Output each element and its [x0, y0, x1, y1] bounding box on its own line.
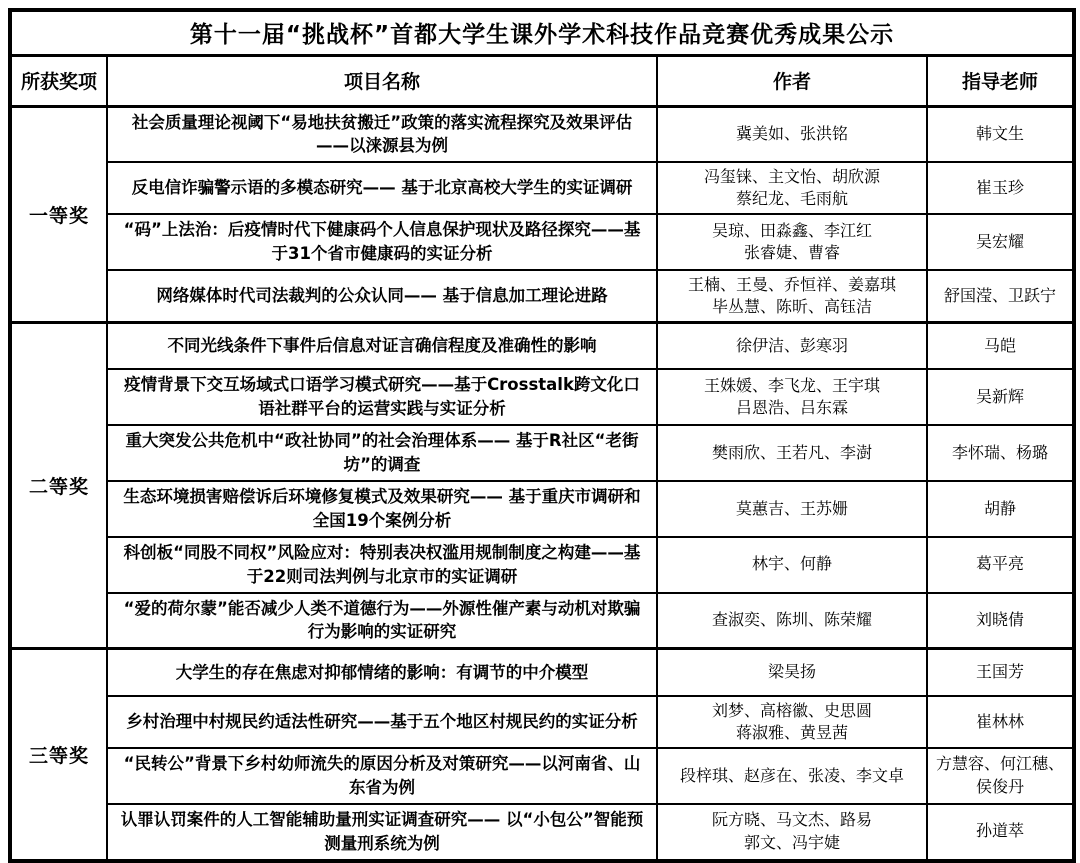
authors-cell: 冯玺铼、主文怡、胡欣源 蔡纪龙、毛雨航 [657, 162, 927, 214]
authors-cell: 吴琼、田淼鑫、李江红 张睿婕、曹睿 [657, 214, 927, 270]
advisor-cell: 葛平亮 [927, 537, 1074, 593]
advisor-cell: 胡静 [927, 481, 1074, 537]
project-cell: 乡村治理中村规民约适法性研究——基于五个地区村规民约的实证分析 [107, 696, 657, 748]
authors-cell: 刘梦、高榕徽、史思圆 蒋淑雅、黄昱茜 [657, 696, 927, 748]
authors-cell: 查淑奕、陈圳、陈荣耀 [657, 593, 927, 649]
authors-cell: 梁昊扬 [657, 649, 927, 696]
project-cell: 认罪认罚案件的人工智能辅助量刑实证调查研究—— 以“小包公”智能预测量刑系统为例 [107, 804, 657, 861]
table-row: “爱的荷尔蒙”能否减少人类不道德行为——外源性催产素与动机对欺骗行为影响的实证研… [10, 593, 1074, 649]
column-header-row: 所获奖项 项目名称 作者 指导老师 [10, 55, 1074, 106]
project-cell: 生态环境损害赔偿诉后环境修复模式及效果研究—— 基于重庆市调研和全国19个案例分… [107, 481, 657, 537]
authors-cell: 王楠、王曼、乔恒祥、姜嘉琪 毕丛慧、陈昕、高钰洁 [657, 270, 927, 322]
project-cell: 社会质量理论视阈下“易地扶贫搬迁”政策的落实流程探究及效果评估——以涞源县为例 [107, 106, 657, 162]
table-row: 二等奖 不同光线条件下事件后信息对证言确信程度及准确性的影响 徐伊洁、彭寒羽 马… [10, 322, 1074, 369]
award-cell-third-prize: 三等奖 [10, 649, 107, 861]
authors-cell: 阮方晓、马文杰、路易 郭文、冯宇婕 [657, 804, 927, 861]
project-cell: 反电信诈骗警示语的多模态研究—— 基于北京高校大学生的实证调研 [107, 162, 657, 214]
project-cell: 科创板“同股不同权”风险应对：特别表决权滥用规制制度之构建——基于22则司法判例… [107, 537, 657, 593]
table-row: 认罪认罚案件的人工智能辅助量刑实证调查研究—— 以“小包公”智能预测量刑系统为例… [10, 804, 1074, 861]
project-cell: 大学生的存在焦虑对抑郁情绪的影响：有调节的中介模型 [107, 649, 657, 696]
awards-table: 第十一届“挑战杯”首都大学生课外学术科技作品竞赛优秀成果公示 所获奖项 项目名称… [8, 8, 1076, 863]
page-title: 第十一届“挑战杯”首都大学生课外学术科技作品竞赛优秀成果公示 [10, 10, 1074, 55]
table-row: 一等奖 社会质量理论视阈下“易地扶贫搬迁”政策的落实流程探究及效果评估——以涞源… [10, 106, 1074, 162]
table-row: “码”上法治：后疫情时代下健康码个人信息保护现状及路径探究——基于31个省市健康… [10, 214, 1074, 270]
announcement-page: 第十一届“挑战杯”首都大学生课外学术科技作品竞赛优秀成果公示 所获奖项 项目名称… [0, 0, 1080, 835]
authors-cell: 段梓琪、赵彦在、张凌、李文卓 [657, 748, 927, 804]
advisor-cell: 王国芳 [927, 649, 1074, 696]
table-row: 科创板“同股不同权”风险应对：特别表决权滥用规制制度之构建——基于22则司法判例… [10, 537, 1074, 593]
table-row: 疫情背景下交互场域式口语学习模式研究——基于Crosstalk跨文化口语社群平台… [10, 369, 1074, 425]
col-header-project: 项目名称 [107, 55, 657, 106]
table-row: 乡村治理中村规民约适法性研究——基于五个地区村规民约的实证分析 刘梦、高榕徽、史… [10, 696, 1074, 748]
advisor-cell: 舒国滢、卫跃宁 [927, 270, 1074, 322]
table-row: “民转公”背景下乡村幼师流失的原因分析及对策研究——以河南省、山东省为例 段梓琪… [10, 748, 1074, 804]
table-row: 三等奖 大学生的存在焦虑对抑郁情绪的影响：有调节的中介模型 梁昊扬 王国芳 [10, 649, 1074, 696]
authors-cell: 樊雨欣、王若凡、李澍 [657, 425, 927, 481]
authors-cell: 王姝媛、李飞龙、王宇琪 吕恩浩、吕东霖 [657, 369, 927, 425]
project-cell: 不同光线条件下事件后信息对证言确信程度及准确性的影响 [107, 322, 657, 369]
award-cell-second-prize: 二等奖 [10, 322, 107, 649]
project-cell: 疫情背景下交互场域式口语学习模式研究——基于Crosstalk跨文化口语社群平台… [107, 369, 657, 425]
col-header-award: 所获奖项 [10, 55, 107, 106]
advisor-cell: 吴新辉 [927, 369, 1074, 425]
authors-cell: 莫蕙吉、王苏姗 [657, 481, 927, 537]
table-row: 反电信诈骗警示语的多模态研究—— 基于北京高校大学生的实证调研 冯玺铼、主文怡、… [10, 162, 1074, 214]
advisor-cell: 韩文生 [927, 106, 1074, 162]
authors-cell: 徐伊洁、彭寒羽 [657, 322, 927, 369]
table-row: 重大突发公共危机中“政社协同”的社会治理体系—— 基于R社区“老街坊”的调查 樊… [10, 425, 1074, 481]
advisor-cell: 崔玉珍 [927, 162, 1074, 214]
project-cell: “民转公”背景下乡村幼师流失的原因分析及对策研究——以河南省、山东省为例 [107, 748, 657, 804]
col-header-advisor: 指导老师 [927, 55, 1074, 106]
authors-cell: 林宇、何静 [657, 537, 927, 593]
advisor-cell: 方慧容、何江穗、 侯俊丹 [927, 748, 1074, 804]
advisor-cell: 崔林林 [927, 696, 1074, 748]
award-cell-first-prize: 一等奖 [10, 106, 107, 322]
title-row: 第十一届“挑战杯”首都大学生课外学术科技作品竞赛优秀成果公示 [10, 10, 1074, 55]
advisor-cell: 刘晓倩 [927, 593, 1074, 649]
project-cell: “码”上法治：后疫情时代下健康码个人信息保护现状及路径探究——基于31个省市健康… [107, 214, 657, 270]
project-cell: 重大突发公共危机中“政社协同”的社会治理体系—— 基于R社区“老街坊”的调查 [107, 425, 657, 481]
table-row: 网络媒体时代司法裁判的公众认同—— 基于信息加工理论进路 王楠、王曼、乔恒祥、姜… [10, 270, 1074, 322]
project-cell: 网络媒体时代司法裁判的公众认同—— 基于信息加工理论进路 [107, 270, 657, 322]
table-row: 生态环境损害赔偿诉后环境修复模式及效果研究—— 基于重庆市调研和全国19个案例分… [10, 481, 1074, 537]
advisor-cell: 吴宏耀 [927, 214, 1074, 270]
advisor-cell: 孙道萃 [927, 804, 1074, 861]
advisor-cell: 马皑 [927, 322, 1074, 369]
advisor-cell: 李怀瑞、杨璐 [927, 425, 1074, 481]
project-cell: “爱的荷尔蒙”能否减少人类不道德行为——外源性催产素与动机对欺骗行为影响的实证研… [107, 593, 657, 649]
authors-cell: 冀美如、张洪铭 [657, 106, 927, 162]
col-header-authors: 作者 [657, 55, 927, 106]
